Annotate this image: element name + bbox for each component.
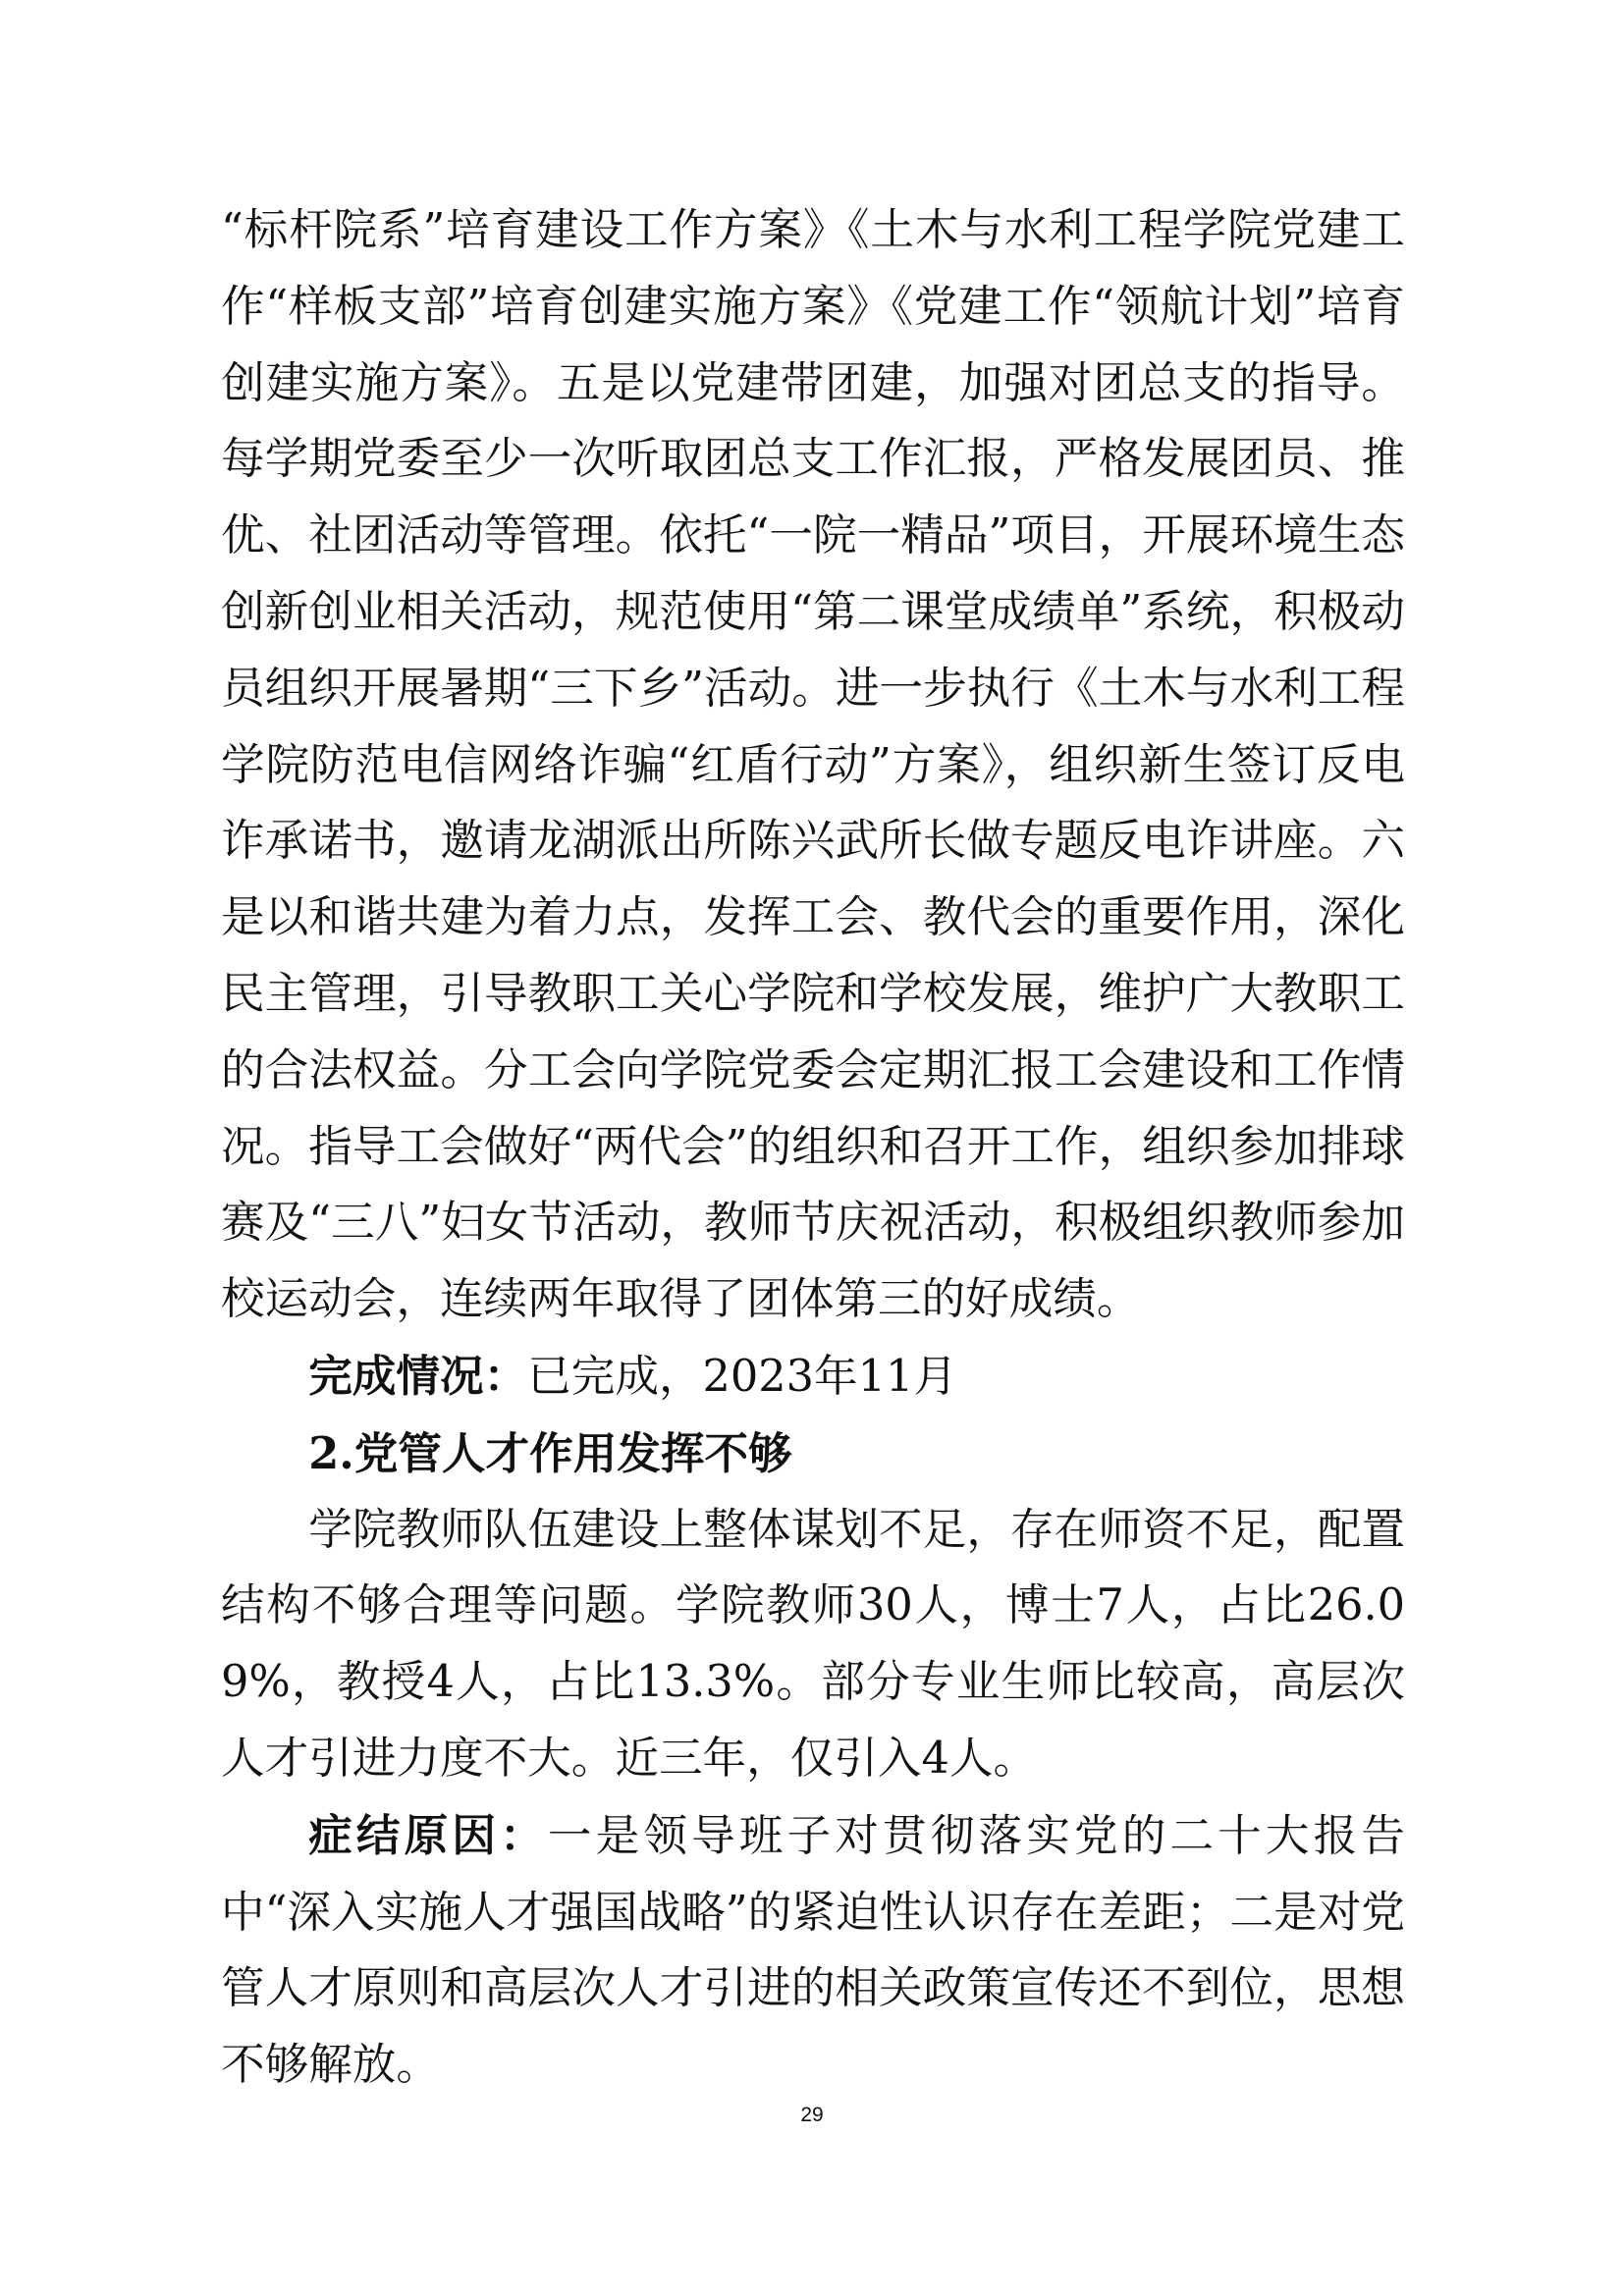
section-heading: 2.党管人才作用发挥不够: [221, 1415, 1405, 1492]
document-page: “标杆院系”培育建设工作方案》《土木与水利工程学院党建工作“样板支部”培育创建实…: [221, 192, 1405, 2104]
page-number: 29: [0, 2103, 1624, 2128]
cause-paragraph: 症结原因：一是领导班子对贯彻落实党的二十大报告中“深入实施人才强国战略”的紧迫性…: [221, 1797, 1405, 2104]
problem-paragraph: 学院教师队伍建设上整体谋划不足，存在师资不足，配置结构不够合理等问题。学院教师3…: [221, 1492, 1405, 1797]
cause-label: 症结原因：: [308, 1809, 548, 1861]
completion-status: 完成情况：已完成，2023年11月: [221, 1338, 1405, 1415]
completion-value: 已完成，2023年11月: [527, 1351, 957, 1402]
body-paragraph-continued: “标杆院系”培育建设工作方案》《土木与水利工程学院党建工作“样板支部”培育创建实…: [221, 192, 1405, 1338]
completion-label: 完成情况：: [308, 1350, 527, 1402]
